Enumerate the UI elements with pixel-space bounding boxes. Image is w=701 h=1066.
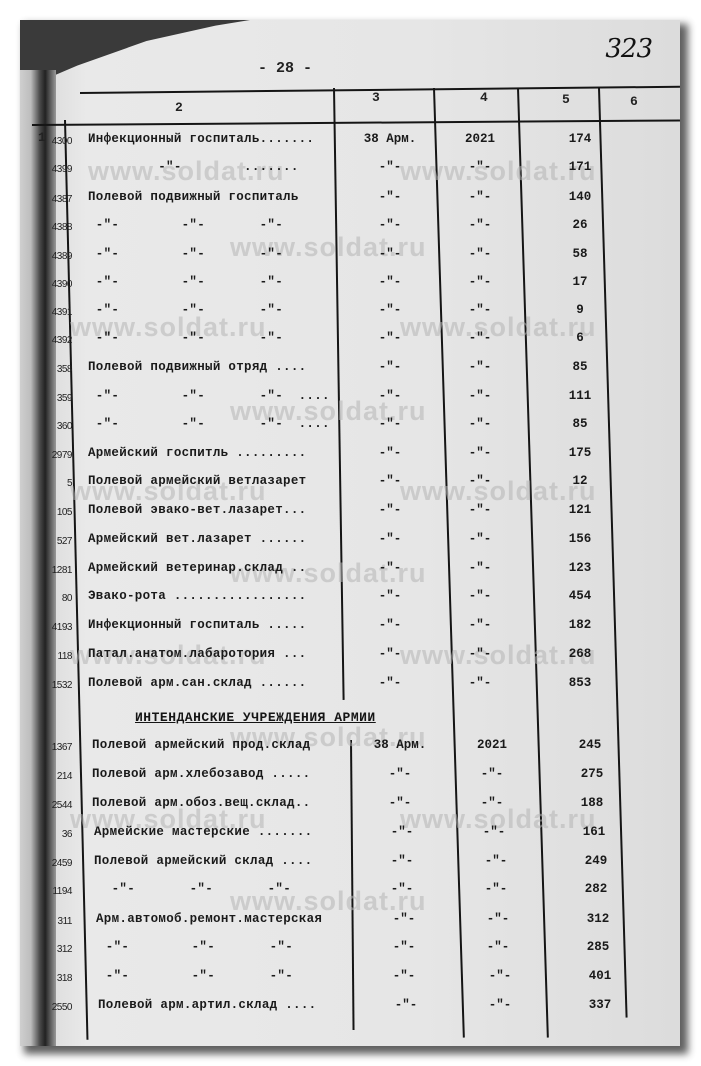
table-row: 4387Полевой подвижный госпиталь-"--"-140	[20, 190, 680, 216]
table-row: 4388 -"- -"- -"--"--"-26	[20, 218, 680, 244]
table-row: 318 -"- -"- -"--"--"-401	[20, 969, 680, 995]
table-row: 4399 -"- .......-"--"-171	[20, 160, 680, 186]
header-bottom-border	[32, 119, 680, 126]
column-header-3: 3	[372, 90, 380, 105]
table-row: 4193Инфекционный госпиталь .....-"--"-18…	[20, 618, 680, 644]
column-header-6: 6	[630, 94, 638, 109]
archive-page-number: 323	[605, 34, 652, 64]
table-row: 360 -"- -"- -"- ....-"--"-85	[20, 417, 680, 443]
table-row: 214Полевой арм.хлебозавод .....-"--"-275	[20, 767, 680, 793]
document-page: 323 - 28 - 1 2 3 4 5 6 www.soldat.ru www…	[20, 20, 680, 1046]
table-row: 1194 -"- -"- -"--"--"-282	[20, 882, 680, 908]
typed-page-number: - 28 -	[258, 60, 312, 77]
table-row: 4300Инфекционный госпиталь.......38 Арм.…	[20, 132, 680, 158]
table-row: 2459Полевой армейский склад ....-"--"-24…	[20, 854, 680, 880]
table-row: 118Патал.анатом.лабаротория ...-"--"-268	[20, 647, 680, 673]
column-header-2: 2	[175, 100, 183, 115]
table-row: 5Полевой армейский ветлазарет-"--"-12	[20, 474, 680, 500]
table-row: 527Армейский вет.лазарет ......-"--"-156	[20, 532, 680, 558]
table-row: 105Полевой эвако-вет.лазарет...-"--"-121	[20, 503, 680, 529]
table-row: 4391 -"- -"- -"--"--"-9	[20, 303, 680, 329]
table-row: 4390 -"- -"- -"--"--"-17	[20, 275, 680, 301]
table-row: 359 -"- -"- -"- ....-"--"-111	[20, 389, 680, 415]
table-row: 2550Полевой арм.артил.склад ....-"--"-33…	[20, 998, 680, 1024]
table-row: 1281Армейский ветеринар.склад ..-"--"-12…	[20, 561, 680, 587]
table-row: 4389 -"- -"- -"--"--"-58	[20, 247, 680, 273]
table-row: 36Армейские мастерские .......-"--"-161	[20, 825, 680, 851]
table-row: 1532Полевой арм.сан.склад ......-"--"-85…	[20, 676, 680, 702]
table-row: 1367Полевой армейский прод.склад38 Арм.2…	[20, 738, 680, 764]
section-heading: ИНТЕНДАНСКИЕ УЧРЕЖДЕНИЯ АРМИИ	[135, 710, 376, 725]
column-header-4: 4	[480, 90, 488, 105]
table-row: 312 -"- -"- -"--"--"-285	[20, 940, 680, 966]
table-row: 2544Полевой арм.обоз.вещ.склад..-"--"-18…	[20, 796, 680, 822]
table-row: 80Эвако-рота .................-"--"-454	[20, 589, 680, 615]
table-row: 358Полевой подвижный отряд ....-"--"-85	[20, 360, 680, 386]
table-row: 311Арм.автомоб.ремонт.мастерская-"--"-31…	[20, 912, 680, 938]
table-row: 4392 -"- -"- -"--"--"-6	[20, 331, 680, 357]
table-row: 2979Армейский госпитль .........-"--"-17…	[20, 446, 680, 472]
column-header-5: 5	[562, 92, 570, 107]
